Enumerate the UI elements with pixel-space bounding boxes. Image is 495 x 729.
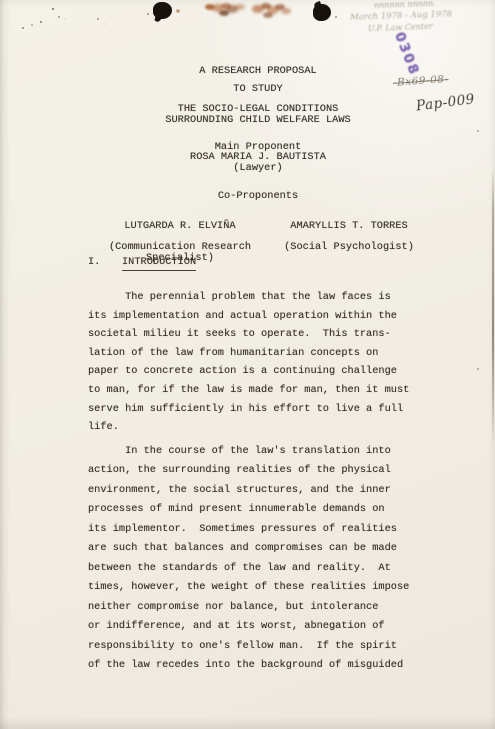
title-line-1: A RESEARCH PROPOSAL [108, 66, 408, 77]
paper-edge-line [492, 168, 494, 446]
section-numeral: I. [88, 256, 100, 268]
paragraph-1: The perennial problem that the law faces… [88, 288, 409, 437]
pencil-note-date: March 1978 - Aug 1978 [350, 9, 452, 23]
pencil-note-illegible: nnnnnn nnnnn. [374, 0, 436, 10]
ink-paper-code: Pap-009 [415, 91, 476, 114]
title-line-4: SURROUNDING CHILD WELFARE LAWS [108, 115, 408, 126]
section-heading-text: INTRODUCTION [122, 256, 196, 271]
scanned-document-page: nnnnnn nnnnn. March 1978 - Aug 1978 U.P.… [0, 0, 495, 729]
ink-blob-right [313, 4, 331, 21]
co-proponents-heading: Co-Proponents [108, 191, 408, 202]
pencil-box-code: -Bx69-08- [393, 73, 449, 89]
section-heading: INTRODUCTION [122, 256, 196, 268]
main-proponent-role: (Lawyer) [108, 163, 408, 173]
co-proponent-right-name: AMARYLLIS T. TORRES [249, 221, 449, 231]
paragraph-2: In the course of the law's translation i… [88, 442, 409, 675]
title-line-2: TO STUDY [108, 84, 408, 95]
rust-stain [205, 4, 215, 10]
main-proponent-block: Main Proponent ROSA MARIA J. BAUTISTA (L… [108, 142, 408, 173]
paper-speckles [0, 0, 2, 2]
ink-blob-left [153, 2, 172, 19]
co-proponent-right-role: (Social Psychologist) [249, 242, 449, 252]
co-proponent-right: AMARYLLIS T. TORRES (Social Psychologist… [249, 211, 449, 263]
